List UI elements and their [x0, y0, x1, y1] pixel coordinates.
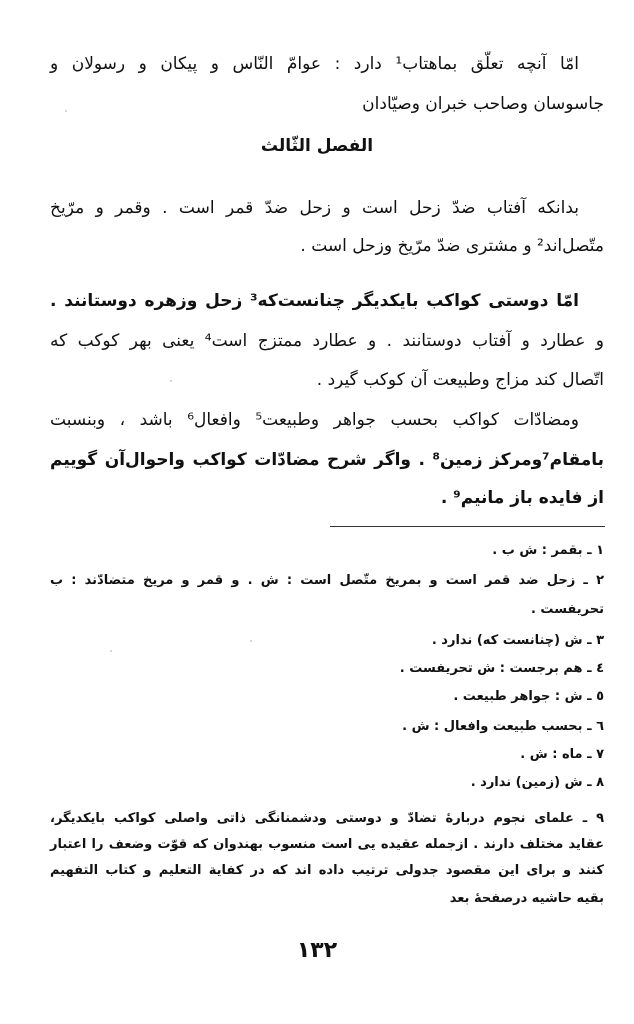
footnote-2-line-1: ۲ ـ زحل ضد قمر است و بمریخ متّصل است : ش… — [50, 570, 604, 592]
paragraph2-line-1: امّا دوستی کواکب بایکدیگر چنانست‌که³ زحل… — [50, 287, 579, 315]
footnote-5: ٥ ـ ش : جواهر طبیعت . — [453, 686, 604, 708]
footnote-9-line-3: کنند و برای این مقصود جدولی ترتیب داده ا… — [50, 860, 604, 882]
scan-speck — [65, 110, 67, 112]
footnote-1: ۱ ـ بقمر : ش ب . — [492, 540, 604, 562]
footnote-2-line-2: تحریفست . — [531, 599, 604, 621]
paragraph2-line-2: و عطارد و آفتاب دوستانند . و عطارد ممتزج… — [50, 327, 604, 355]
section-heading: الفصل الثّالث — [0, 132, 634, 160]
paragraph1-line-1: بدانکه آفتاب ضدّ زحل است و زحل ضدّ قمر ا… — [50, 194, 579, 222]
scan-speck — [110, 650, 112, 652]
footnote-7: ۷ ـ ماه : ش . — [520, 744, 604, 766]
footnote-6: ٦ ـ بحسب طبیعت وافعال : ش . — [402, 716, 604, 738]
scanned-book-page: امّا آنچه تعلّق بماهتاب¹ دارد : عوامّ ال… — [0, 0, 634, 1024]
scan-speck — [250, 640, 252, 642]
page-number: ۱۳۲ — [0, 938, 634, 963]
footnote-3: ۳ ـ ش (چنانست که) ندارد . — [432, 630, 604, 652]
paragraph3-line-2: بامقام⁷ومرکز زمین⁸ . واگر شرح مضادّات کو… — [50, 446, 604, 474]
paragraph3-line-3: از فایده باز مانیم⁹ . — [441, 484, 604, 512]
paragraph1-line-2: متّصل‌اند² و مشتری ضدّ مرّیخ وزحل است . — [300, 232, 604, 260]
footnote-8: ۸ ـ ش (زمین) ندارد . — [471, 772, 604, 794]
paragraph3-line-1: ومضادّات کواکب بحسب جواهر وطبیعت⁵ وافعال… — [50, 406, 579, 434]
footnote-9-line-2: عقاید مختلف دارند . ازجمله عقیده یی است … — [50, 834, 604, 856]
footnote-divider — [330, 526, 605, 527]
text-line-top-1: امّا آنچه تعلّق بماهتاب¹ دارد : عوامّ ال… — [50, 50, 579, 78]
scan-speck — [170, 380, 172, 382]
footnote-4: ٤ ـ هم برجست : ش تحریفست . — [400, 658, 604, 680]
paragraph2-line-3: اتّصال کند مزاج وطبیعت آن کوکب گیرد . — [317, 366, 604, 394]
text-line-top-2: جاسوسان وصاحب خبران وصیّادان — [362, 90, 604, 118]
footnote-9-continued: بقیه حاشیه درصفحهٔ بعد — [450, 888, 604, 910]
footnote-9-line-1: ۹ ـ علمای نجوم دربارهٔ تضادّ و دوستی ودش… — [50, 808, 604, 830]
